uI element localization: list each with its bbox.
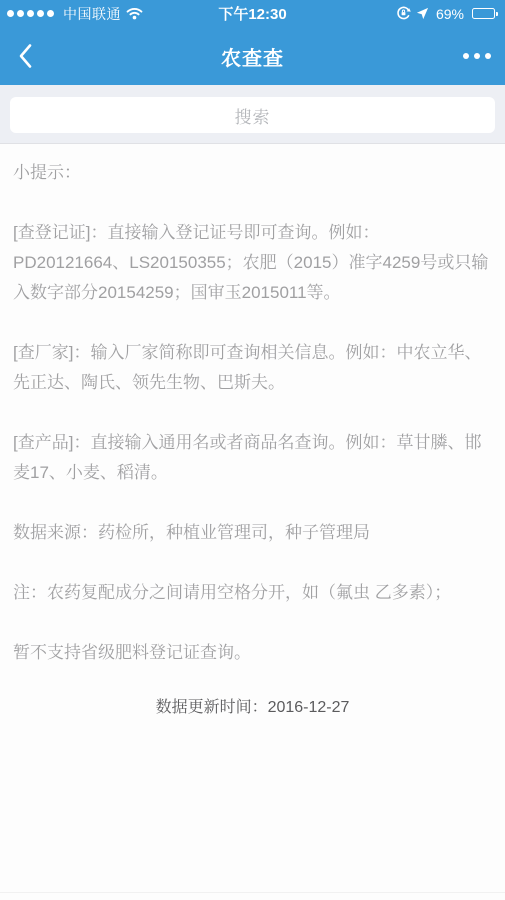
status-bar: 中国联通 下午12:30 (0, 0, 505, 27)
data-sources: 数据来源：药检所，种植业管理司，种子管理局 (13, 518, 492, 548)
signal-dots-icon (7, 10, 54, 17)
app-screen: 中国联通 下午12:30 (0, 0, 505, 900)
tip-registration: [查登记证]：直接输入登记证号即可查询。例如：PD20121664、LS2015… (13, 218, 492, 308)
nav-bar: 农查查 (0, 27, 505, 85)
status-time: 下午12:30 (218, 3, 286, 24)
page-title: 农查查 (221, 42, 284, 71)
update-time-label: 数据更新时间：2016-12-27 (13, 693, 492, 723)
status-bar-right: 69% (396, 6, 498, 22)
wifi-icon (126, 7, 143, 20)
ellipsis-icon (463, 53, 469, 59)
search-placeholder: 搜索 (235, 103, 271, 128)
search-area: 搜索 (0, 85, 505, 144)
bottom-divider (0, 892, 505, 893)
orientation-lock-icon (396, 6, 411, 21)
help-content: 小提示： [查登记证]：直接输入登记证号即可查询。例如：PD20121664、L… (0, 144, 505, 900)
location-arrow-icon (416, 7, 429, 20)
tip-heading: 小提示： (13, 158, 492, 188)
battery-percent-label: 69% (436, 6, 464, 22)
search-input[interactable]: 搜索 (10, 97, 495, 133)
carrier-label: 中国联通 (63, 4, 121, 24)
note-unsupported: 暂不支持省级肥料登记证查询。 (13, 638, 492, 668)
status-bar-left: 中国联通 (7, 4, 143, 24)
chevron-left-icon (18, 43, 32, 69)
back-button[interactable] (10, 27, 40, 85)
menu-button[interactable] (463, 27, 491, 85)
note-compound: 注：农药复配成分之间请用空格分开，如（氟虫 乙多素）； (13, 578, 492, 608)
battery-icon (472, 8, 498, 19)
tip-product: [查产品]：直接输入通用名或者商品名查询。例如：草甘膦、邯麦17、小麦、稻清。 (13, 428, 492, 488)
tip-manufacturer: [查厂家]：输入厂家简称即可查询相关信息。例如：中农立华、先正达、陶氏、领先生物… (13, 338, 492, 398)
